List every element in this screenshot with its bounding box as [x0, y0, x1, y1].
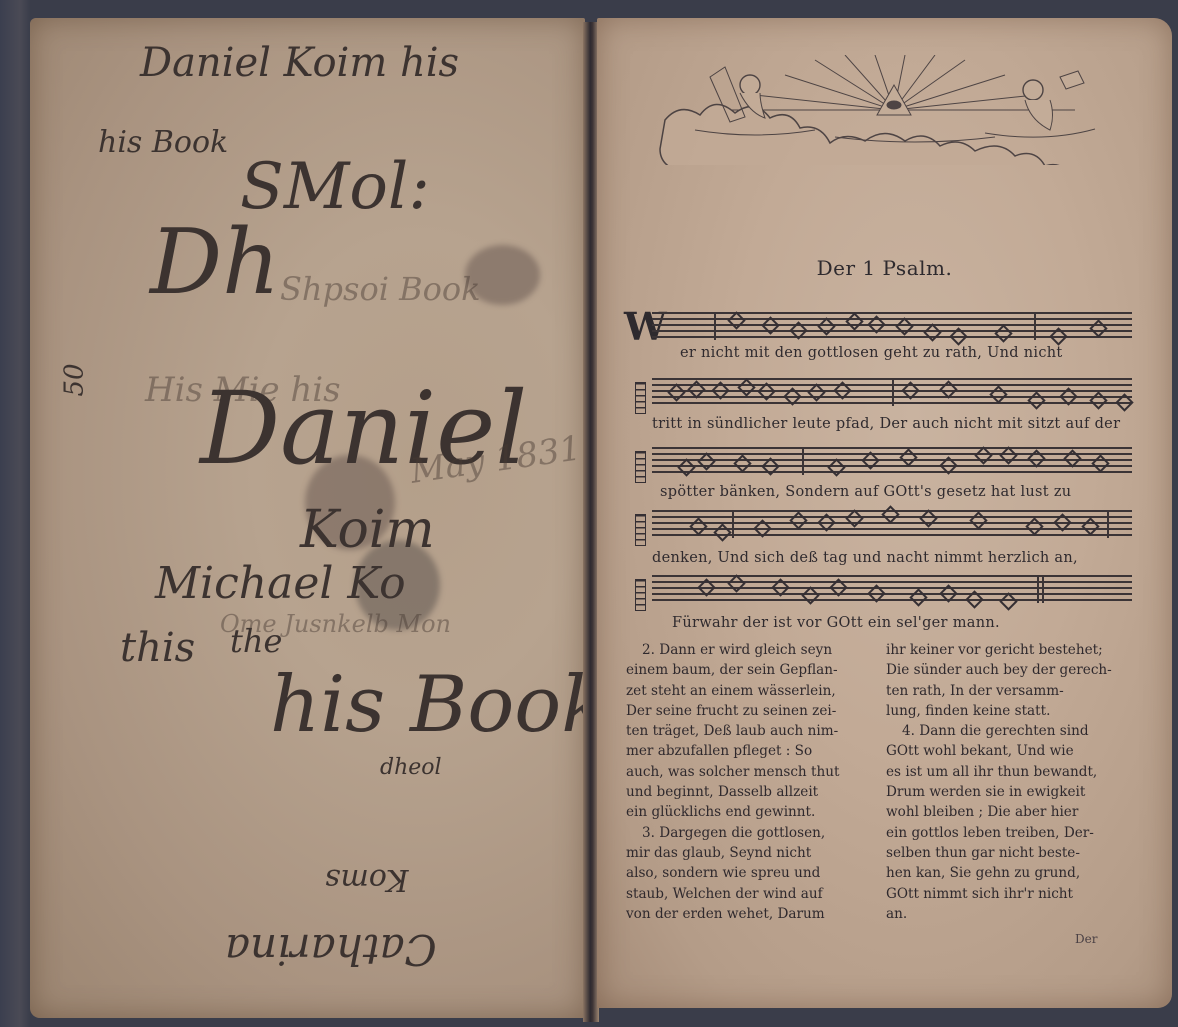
verse-line: 2. Dann er wird gleich seyn — [626, 640, 888, 660]
inscription-scribble: Dh — [150, 210, 280, 315]
c-clef-icon — [635, 514, 646, 546]
c-clef-icon — [635, 382, 646, 414]
cherub-vignette-woodcut — [655, 55, 1133, 165]
verse-line: wohl bleiben ; Die aber hier — [886, 802, 1148, 822]
music-staff-5 — [652, 575, 1132, 605]
lyric-line-5: Fürwahr der ist vor GOtt ein sel'ger man… — [672, 615, 1157, 631]
music-staff-1 — [652, 312, 1132, 342]
verse-line: Der seine frucht zu seinen zei- — [626, 701, 888, 721]
verse-line: GOtt nimmt sich ihr'r nicht — [886, 884, 1148, 904]
verse-line: auch, was solcher mensch thut — [626, 762, 888, 782]
verse-line: zet steht an einem wässerlein, — [626, 681, 888, 701]
verse-line: mer abzufallen pfleget : So — [626, 741, 888, 761]
verse-line: ein gottlos leben treiben, Der- — [886, 823, 1148, 843]
verse-line: von der erden wehet, Darum — [626, 904, 888, 924]
verse-line: ten rath, In der versamm- — [886, 681, 1148, 701]
inscription-upside-down-catharina: Catharina — [225, 925, 437, 974]
inscription-michael: Michael Ko — [155, 558, 406, 609]
verse-line: es ist um all ihr thun bewandt, — [886, 762, 1148, 782]
inscription-his-book-flourish: his Book — [270, 660, 609, 750]
c-clef-icon — [635, 451, 646, 483]
verses-column-left: 2. Dann er wird gleich seyn einem baum, … — [626, 640, 888, 924]
lyric-line-4: denken, Und sich deß tag und nacht nimmt… — [652, 550, 1137, 566]
verses-column-right: ihr keiner vor gericht bestehet; Die sün… — [886, 640, 1148, 924]
music-staff-2 — [652, 378, 1132, 408]
lyric-line-2: tritt in sündlicher leute pfad, Der auch… — [652, 416, 1137, 432]
verse-line: Drum werden sie in ewigkeit — [886, 782, 1148, 802]
inscription-number: 50 — [60, 363, 90, 396]
verse-line: einem baum, der sein Gepflan- — [626, 660, 888, 680]
inscription-faint: Shpsoi Book — [280, 270, 481, 308]
music-staff-4 — [652, 510, 1132, 540]
verse-line: 4. Dann die gerechten sind — [886, 721, 1148, 741]
verse-line: an. — [886, 904, 1148, 924]
inscription-scribble: dheol — [380, 755, 442, 780]
music-staff-3 — [652, 447, 1132, 477]
inscription-the: the — [230, 622, 282, 660]
open-book — [1060, 71, 1084, 89]
lyric-line-1: er nicht mit den gottlosen geht zu rath,… — [680, 345, 1165, 361]
verse-line: ein glücklichs end gewinnt. — [626, 802, 888, 822]
verse-line: 3. Dargegen die gottlosen, — [626, 823, 888, 843]
verse-line: ten träget, Deß laub auch nim- — [626, 721, 888, 741]
psalm-title: Der 1 Psalm. — [597, 256, 1172, 280]
inscription-upside-down-koms: Koms — [325, 862, 409, 897]
inscription-owner: Daniel Koim his — [140, 40, 459, 86]
verse-line: und beginnt, Dasselb allzeit — [626, 782, 888, 802]
inscription-his-book: his Book — [98, 125, 228, 160]
verse-line: ihr keiner vor gericht bestehet; — [886, 640, 1148, 660]
lyric-line-3: spötter bänken, Sondern auf GOtt's geset… — [660, 484, 1145, 500]
verse-line: hen kan, Sie gehn zu grund, — [886, 863, 1148, 883]
inscription-surname: Koim — [300, 500, 435, 560]
verse-line: Die sünder auch bey der gerech- — [886, 660, 1148, 680]
verse-line: selben thun gar nicht beste- — [886, 843, 1148, 863]
verse-line: lung, finden keine statt. — [886, 701, 1148, 721]
verse-line: also, sondern wie spreu und — [626, 863, 888, 883]
verse-line: staub, Welchen der wind auf — [626, 884, 888, 904]
verse-line: mir das glaub, Seynd nicht — [626, 843, 888, 863]
catchword: Der — [1075, 932, 1097, 946]
verse-line: GOtt wohl bekant, Und wie — [886, 741, 1148, 761]
c-clef-icon — [635, 579, 646, 611]
inscription-this: this — [120, 625, 195, 671]
